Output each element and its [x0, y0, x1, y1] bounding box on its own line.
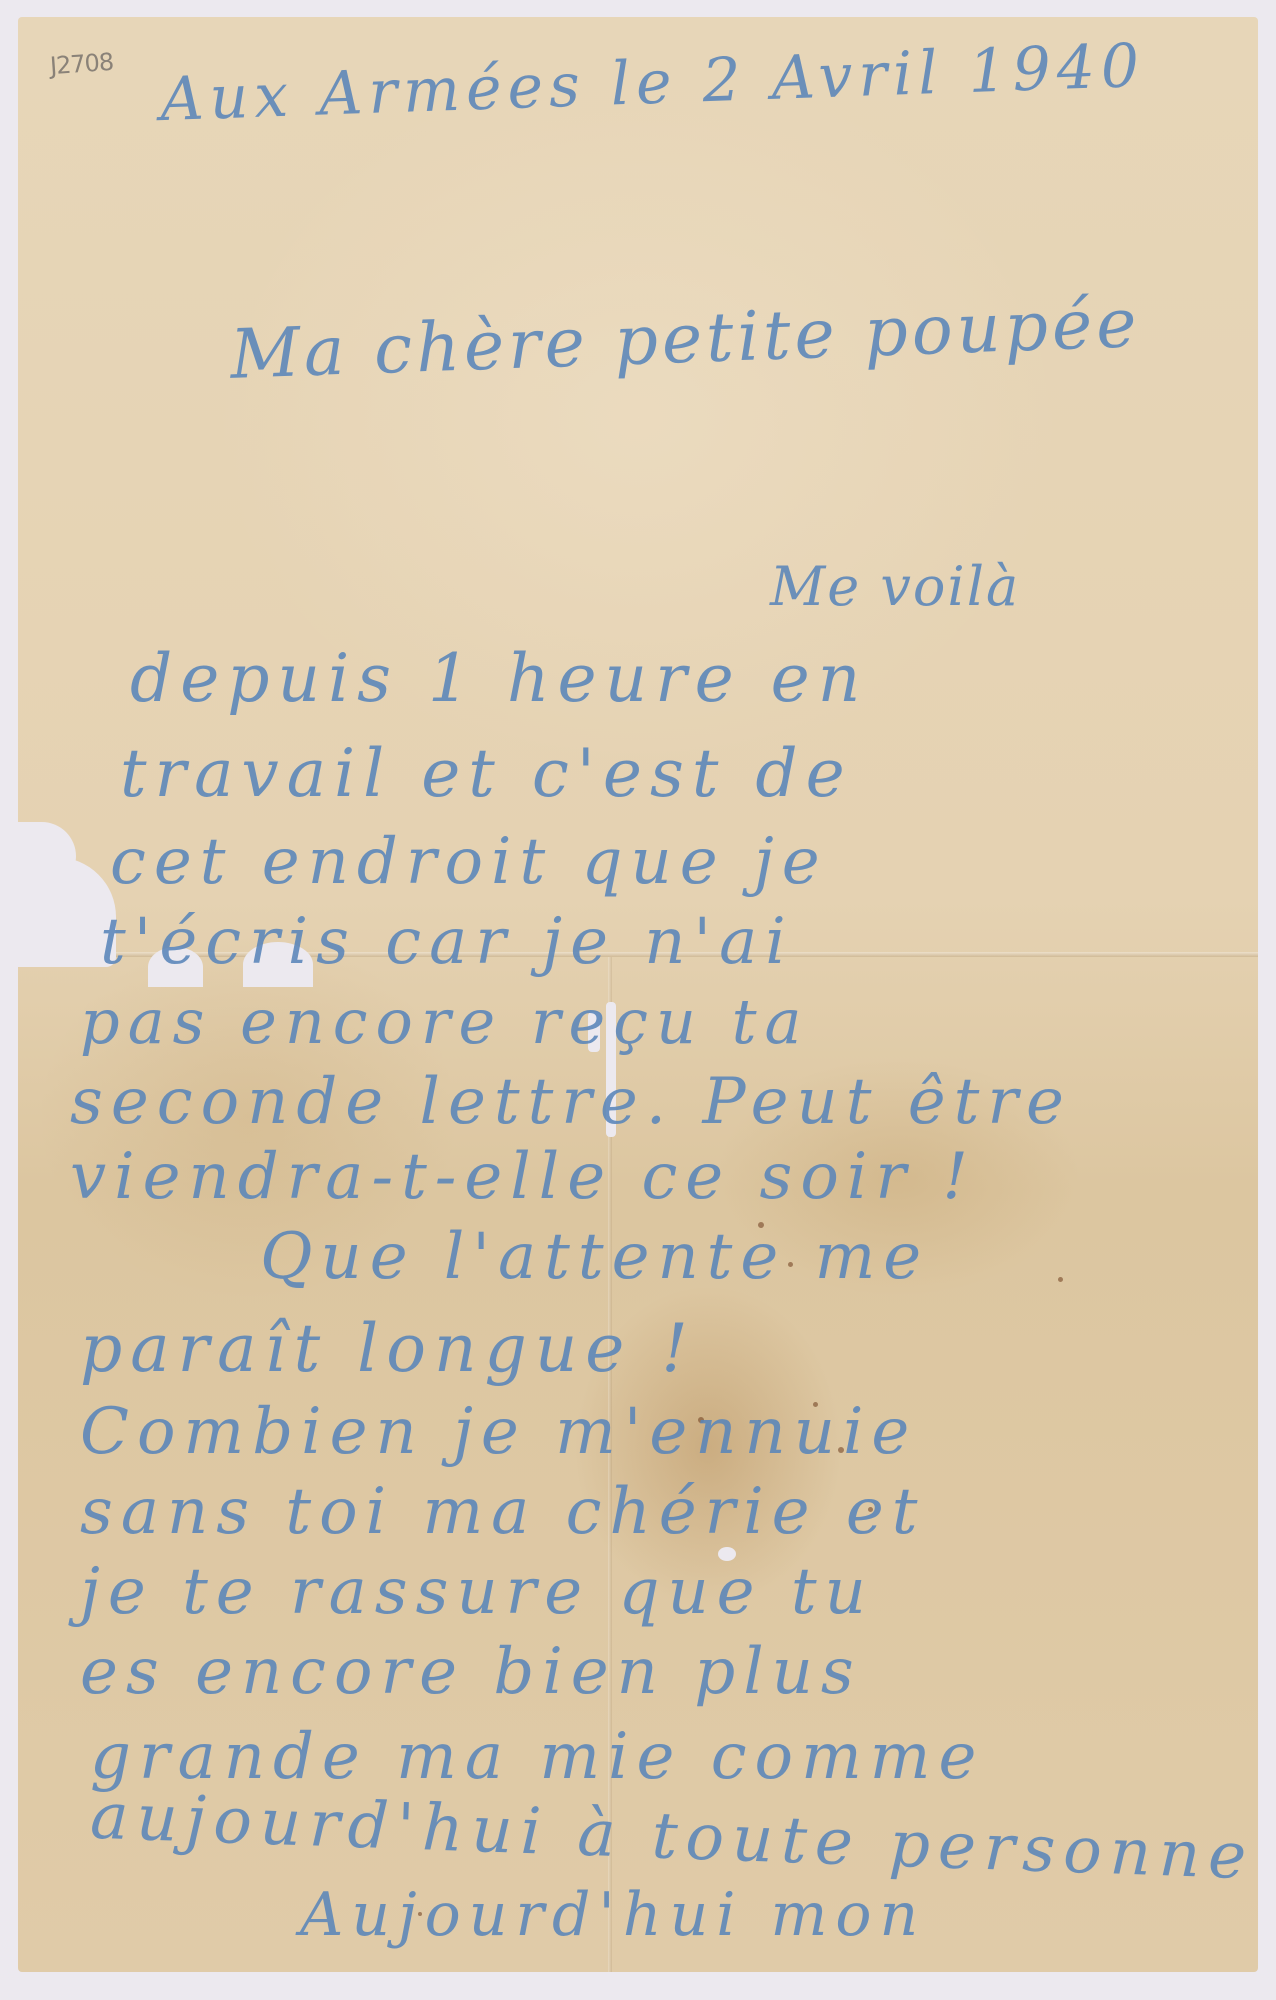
letter-line: depuis 1 heure en: [130, 640, 868, 717]
letter-line: travail et c'est de: [120, 735, 853, 812]
letter-line: Que l'attente me: [260, 1220, 929, 1294]
letter-line: Combien je m'ennuie: [80, 1395, 917, 1469]
letter-line: grande ma mie comme: [90, 1720, 984, 1794]
letter-line: viendra-t-elle ce soir !: [70, 1140, 976, 1214]
letter-line: sans toi ma chérie et: [80, 1475, 925, 1549]
archive-reference: J2708: [49, 48, 114, 80]
letter-line: t'écris car je n'ai: [100, 905, 794, 979]
letter-line: es encore bien plus: [80, 1635, 862, 1709]
letter-line: Aujourd'hui mon: [300, 1880, 926, 1950]
letter-line: je te rassure que tu: [80, 1555, 874, 1629]
letter-line: Me voilà: [770, 555, 1020, 618]
letter-line: pas encore reçu ta: [80, 985, 809, 1058]
foxing-spot: [1058, 1277, 1063, 1282]
letter-line: paraît longue !: [80, 1310, 696, 1387]
letter-line: seconde lettre. Peut être: [70, 1065, 1072, 1139]
letter-line: cet endroit que je: [110, 825, 828, 899]
